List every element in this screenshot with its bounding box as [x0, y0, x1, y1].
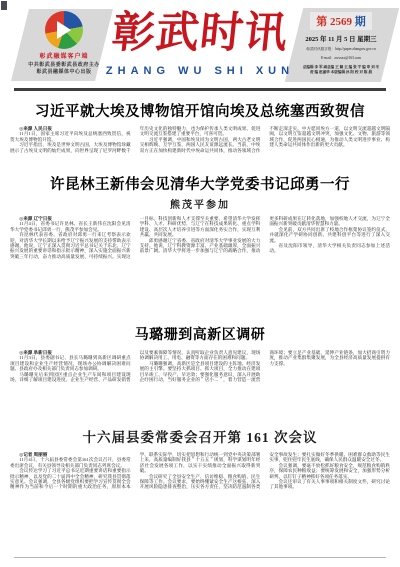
- article-tsinghua-meeting: 许昆林王新伟会见清华大学党委书记邱勇一行 熊茂平参加 ◎来源 辽宁日报 11月4…: [10, 173, 390, 316]
- issue-number: 2569: [330, 16, 352, 28]
- article-3-headline: 马璐珊到高新区调研: [10, 324, 390, 344]
- digital-edition-url: 彰武时讯数字报：http://paper.zhangwu.gov.cn: [294, 47, 388, 52]
- masthead: 彰武时讯 ZHANG WU SHI XUN: [104, 10, 296, 77]
- contact-email: E-mail：zwsxzx@163.com: [294, 56, 388, 61]
- paragraph: 11月1日，国家主席习近平向埃及总统塞西致贺信，祝贺大埃及博物馆开馆。: [10, 131, 131, 142]
- article-xi-letter: 习近平就大埃及博物馆开馆向埃及总统塞西致贺信 ◎来源 人民日报 11月1日，国家…: [10, 100, 390, 168]
- issue-suffix: 期: [355, 16, 366, 28]
- article-1-body: ◎来源 人民日报 11月1日，国家主席习近平向埃及总统塞西致贺信，祝贺大埃及博物…: [10, 126, 390, 168]
- issue-number-chip: 第 2569 期: [310, 12, 372, 30]
- paragraph: 11月3日，县委副书记、县长马璐珊到高新区调研重点项目建设和企业生产经营情况，现…: [10, 355, 131, 371]
- organizer-line-2: 彰武县融媒体中心出版: [24, 70, 104, 77]
- article-4-headline: 十六届县委常委会召开第 161 次会议: [10, 426, 390, 446]
- article-1-headline: 习近平就大埃及博物馆开馆向埃及总统塞西致贺信: [10, 100, 390, 121]
- media-client-logo-icon: [45, 11, 83, 49]
- staff-line-2: 责 编 赵丽华 本版编辑 孙 阳 校 对 陈 晨: [294, 70, 388, 75]
- paragraph: 11月4日，十六届县委常委会第161次会议召开，县委常委出席会议，有关县领导及相…: [10, 457, 131, 468]
- publication-date: 2025 年 11 月 5 日 星期三: [294, 34, 388, 43]
- front-page-content: 习近平就大埃及博物馆开馆向埃及总统塞西致贺信 ◎来源 人民日报 11月1日，国家…: [0, 100, 400, 558]
- paragraph: 会议还审议了有关人事事项和相关制度文件，研究讨论了其他事项。: [269, 479, 390, 490]
- article-3-body: ◎来源 阜新日报 11月3日，县委副书记、县长马璐珊到高新区调研重点项目建设和企…: [10, 350, 390, 418]
- article-hightech-zone-research: 马璐珊到高新区调研 ◎来源 阜新日报 11月3日，县委副书记、县长马璐珊到高新区…: [10, 324, 390, 418]
- article-2-headline: 许昆林王新伟会见清华大学党委书记邱勇一行: [10, 173, 390, 194]
- paragraph: 会见前，双方共同出席了校地合作框架协议签约仪式，并就深化产学研协同创新、共建科创…: [269, 227, 390, 243]
- masthead-header: 彰武融媒客户端 中共彰武县委彰武县政府主办 彰武县融媒体中心出版 彰武时讯 ZH…: [0, 0, 400, 88]
- article-2-body: ◎来源 辽宁日报 11月4日，省委书记许昆林、省长王新伟在沈阳会见清华大学党委书…: [10, 216, 390, 316]
- app-logo-block: 彰武融媒客户端 中共彰武县委彰武县政府主办 彰武县融媒体中心出版: [24, 11, 104, 76]
- newspaper-page: 彰武融媒客户端 中共彰武县委彰武县政府主办 彰武县融媒体中心出版 彰武时讯 ZH…: [0, 0, 400, 567]
- organizer-line-1: 中共彰武县委彰武县政府主办: [24, 63, 104, 70]
- article-standing-committee-meeting: 十六届县委常委会召开第 161 次会议 ◎记者 周丽丽 11月4日，十六届县委常…: [10, 426, 390, 554]
- paragraph: 省及沈阳市领导，清华大学相关负责同志参加上述活动。: [269, 243, 390, 254]
- logo-caption: 彰武融媒客户端: [24, 51, 104, 60]
- organizer-lines: 中共彰武县委彰武县政府主办 彰武县融媒体中心出版: [24, 63, 104, 76]
- paragraph: 11月4日，省委书记许昆林、省长王新伟在沈阳会见清华大学党委书记邱勇一行，熊茂平…: [10, 221, 131, 232]
- issue-prefix: 第: [316, 16, 327, 28]
- staff-box: 总编辑 李 军 副总编 王 颖 主 编 张 宇 编 审 刘 冬 责 编 赵丽华 …: [294, 65, 388, 75]
- bottom-rule: [14, 557, 386, 558]
- play-icon: [57, 21, 71, 39]
- article-2-subhead: 熊茂平参加: [10, 196, 390, 211]
- article-4-body: ◎记者 周丽丽 11月4日，十六届县委常委会第161次会议召开，县委常委出席会议…: [10, 452, 390, 554]
- issue-info-box: 第 2569 期 2025 年 11 月 5 日 星期三 彰武时讯数字报：htt…: [294, 12, 388, 75]
- newspaper-title-pinyin: ZHANG WU SHI XUN: [104, 65, 296, 77]
- paragraph: 会议强调，要毫不放松抓好粮食安全，规范粮食购销秩序，保障农民种粮收益；要统筹发展…: [269, 463, 390, 479]
- header-divider-rule: [14, 88, 386, 91]
- newspaper-title: 彰武时讯: [101, 10, 298, 58]
